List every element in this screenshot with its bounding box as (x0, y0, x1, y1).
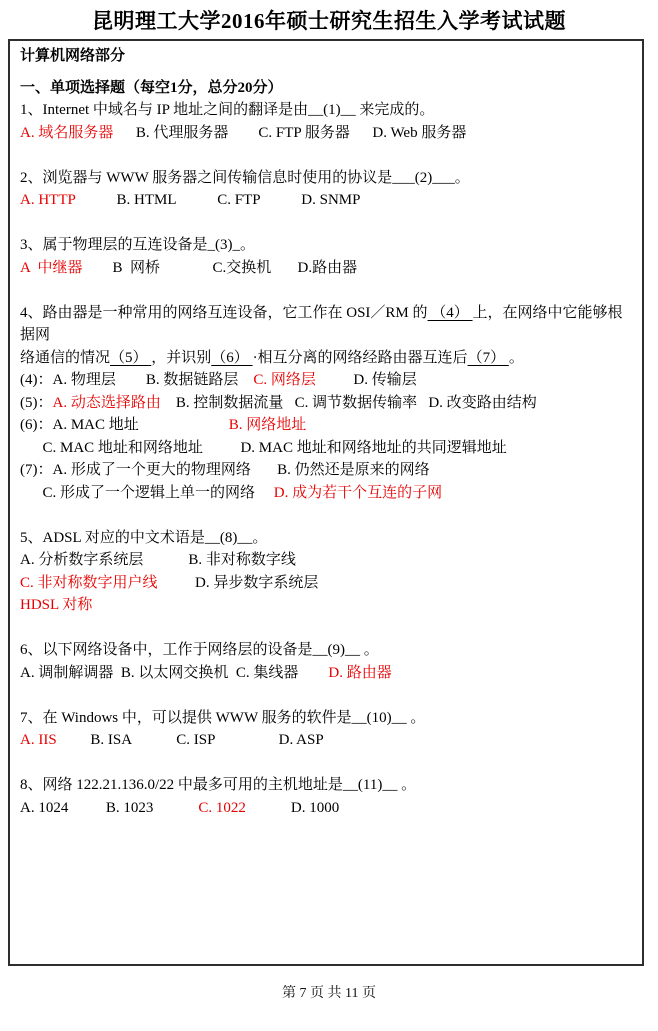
stem-line: 络通信的情况（5） ，并识别（6） ·相互分离的网络经路由器互连后（7） 。 (20, 347, 632, 370)
question-text: 6、以下网络设备中，工作于网络层的设备是__(9)__ 。 (20, 642, 379, 658)
stem-line: 2、浏览器与 WWW 服务器之间传输信息时使用的协议是___(2)___。 (20, 167, 632, 190)
question-text: 2、浏览器与 WWW 服务器之间传输信息时使用的协议是___(2)___。 (20, 170, 470, 186)
options-line: A. IIS B. ISA C. ISP D. ASP (20, 729, 632, 752)
options-line: A. HTTP B. HTML C. FTP D. SNMP (20, 189, 632, 212)
question-block-2: 2、浏览器与 WWW 服务器之间传输信息时使用的协议是___(2)___。A. … (20, 167, 632, 212)
note-line: HDSL 对称 (20, 594, 632, 617)
answer-text: A 中继器 (20, 260, 83, 276)
question-text: D. 1000 (246, 800, 339, 816)
answer-text: C. 非对称数字用户线 (20, 575, 158, 591)
question-text: A. 分析数字系统层 (20, 552, 143, 568)
options-line: A. 分析数字系统层 B. 非对称数字线 (20, 549, 632, 572)
answer-text: C. 1022 (198, 800, 246, 816)
stem-line: 4、路由器是一种常用的网络互连设备，它工作在 OSI／RM 的 （4） 上，在网… (20, 302, 632, 347)
question-text: (6)：A. MAC 地址 (20, 417, 139, 433)
blank-underline: （4） (428, 305, 473, 321)
question-text: B. 非对称数字线 (143, 552, 296, 568)
section-heading: 计算机网络部分 (20, 45, 632, 68)
question-text: (4)：A. 物理层 (20, 372, 116, 388)
answer-text: C. 网络层 (253, 372, 316, 388)
options-line: C. 非对称数字用户线 D. 异步数字系统层 (20, 572, 632, 595)
answer-text: A. 域名服务器 (20, 125, 113, 141)
question-text: ·相互分离的网络经路由器互连后 (253, 350, 468, 366)
options-line: (5)：A. 动态选择路由 B. 控制数据流量 C. 调节数据传输率 D. 改变… (20, 392, 632, 415)
answer-text: A. HTTP (20, 192, 75, 208)
questions-container: 1、Internet 中域名与 IP 地址之间的翻译是由__(1)__ 来完成的… (20, 99, 632, 819)
question-text: B. 数据链路层 (116, 372, 254, 388)
page-footer: 第 7 页 共 11 页 (0, 985, 658, 1003)
part-heading: 一、单项选择题（每空1分，总分20分） (20, 77, 632, 100)
options-line: A. 调制解调器 B. 以太网交换机 C. 集线器 D. 路由器 (20, 662, 632, 685)
options-line: (7)：A. 形成了一个更大的物理网络 B. 仍然还是原来的网络 (20, 459, 632, 482)
question-text: 。 (509, 350, 524, 366)
question-text: D. MAC 地址和网络地址的共同逻辑地址 (203, 440, 507, 456)
options-line: (6)：A. MAC 地址 B. 网络地址 (20, 414, 632, 437)
question-text: B. HTML C. FTP D. SNMP (75, 192, 360, 208)
stem-line: 7、在 Windows 中，可以提供 WWW 服务的软件是__(10)__ 。 (20, 707, 632, 730)
question-block-5: 5、ADSL 对应的中文术语是__(8)__。A. 分析数字系统层 B. 非对称… (20, 527, 632, 617)
question-text: A. 调制解调器 B. 以太网交换机 C. 集线器 (20, 665, 328, 681)
question-text (139, 417, 229, 433)
question-block-1: 1、Internet 中域名与 IP 地址之间的翻译是由__(1)__ 来完成的… (20, 99, 632, 144)
options-line: A. 1024 B. 1023 C. 1022 D. 1000 (20, 797, 632, 820)
options-line: C. MAC 地址和网络地址 D. MAC 地址和网络地址的共同逻辑地址 (20, 437, 632, 460)
options-line: (4)：A. 物理层 B. 数据链路层 C. 网络层 D. 传输层 (20, 369, 632, 392)
question-text: C. MAC 地址和网络地址 (20, 440, 203, 456)
question-block-3: 3、属于物理层的互连设备是_(3)_。A 中继器 B 网桥 C.交换机 D.路由… (20, 234, 632, 279)
question-text: (7)：A. 形成了一个更大的物理网络 (20, 462, 251, 478)
exam-content-box: 计算机网络部分 一、单项选择题（每空1分，总分20分） 1、Internet 中… (8, 39, 644, 966)
question-text: ，并识别 (151, 350, 211, 366)
question-block-7: 7、在 Windows 中，可以提供 WWW 服务的软件是__(10)__ 。A… (20, 707, 632, 752)
question-text: B 网桥 C.交换机 D.路由器 (83, 260, 358, 276)
stem-line: 1、Internet 中域名与 IP 地址之间的翻译是由__(1)__ 来完成的… (20, 99, 632, 122)
question-text: B. 控制数据流量 C. 调节数据传输率 D. 改变路由结构 (161, 395, 537, 411)
answer-text: HDSL 对称 (20, 597, 92, 613)
question-text: 络通信的情况 (20, 350, 110, 366)
answer-text: B. 网络地址 (229, 417, 307, 433)
options-line: A. 域名服务器 B. 代理服务器 C. FTP 服务器 D. Web 服务器 (20, 122, 632, 145)
answer-text: A. IIS (20, 732, 57, 748)
page-title: 昆明理工大学2016年硕士研究生招生入学考试试题 (0, 0, 658, 34)
question-block-8: 8、网络 122.21.136.0/22 中最多可用的主机地址是__(11)__… (20, 774, 632, 819)
question-text: (5)： (20, 395, 53, 411)
blank-underline: （7） (468, 350, 509, 366)
stem-line: 6、以下网络设备中，工作于网络层的设备是__(9)__ 。 (20, 639, 632, 662)
blank-underline: （6） (211, 350, 252, 366)
question-text: B. ISA C. ISP D. ASP (57, 732, 324, 748)
stem-line: 5、ADSL 对应的中文术语是__(8)__。 (20, 527, 632, 550)
question-text: B. 仍然还是原来的网络 (251, 462, 430, 478)
question-text: A. 1024 B. 1023 (20, 800, 198, 816)
question-text: 7、在 Windows 中，可以提供 WWW 服务的软件是__(10)__ 。 (20, 710, 425, 726)
stem-line: 8、网络 122.21.136.0/22 中最多可用的主机地址是__(11)__… (20, 774, 632, 797)
exam-page: 昆明理工大学2016年硕士研究生招生入学考试试题 计算机网络部分 一、单项选择题… (0, 0, 658, 34)
question-block-4: 4、路由器是一种常用的网络互连设备，它工作在 OSI／RM 的 （4） 上，在网… (20, 302, 632, 505)
question-text: 5、ADSL 对应的中文术语是__(8)__。 (20, 530, 267, 546)
question-text: C. 形成了一个逻辑上单一的网络 (20, 485, 274, 501)
question-text: 3、属于物理层的互连设备是_(3)_。 (20, 237, 255, 253)
answer-text: D. 成为若干个互连的子网 (274, 485, 442, 501)
question-text: D. 传输层 (316, 372, 417, 388)
question-text: D. 异步数字系统层 (158, 575, 319, 591)
question-text: 1、Internet 中域名与 IP 地址之间的翻译是由__(1)__ 来完成的… (20, 102, 434, 118)
question-text: 8、网络 122.21.136.0/22 中最多可用的主机地址是__(11)__… (20, 777, 416, 793)
answer-text: D. 路由器 (328, 665, 391, 681)
stem-line: 3、属于物理层的互连设备是_(3)_。 (20, 234, 632, 257)
answer-text: A. 动态选择路由 (53, 395, 161, 411)
question-block-6: 6、以下网络设备中，工作于网络层的设备是__(9)__ 。A. 调制解调器 B.… (20, 639, 632, 684)
options-line: A 中继器 B 网桥 C.交换机 D.路由器 (20, 257, 632, 280)
options-line: C. 形成了一个逻辑上单一的网络 D. 成为若干个互连的子网 (20, 482, 632, 505)
blank-underline: （5） (110, 350, 151, 366)
question-text: B. 代理服务器 C. FTP 服务器 D. Web 服务器 (113, 125, 466, 141)
question-text: 4、路由器是一种常用的网络互连设备，它工作在 OSI／RM 的 (20, 305, 428, 321)
